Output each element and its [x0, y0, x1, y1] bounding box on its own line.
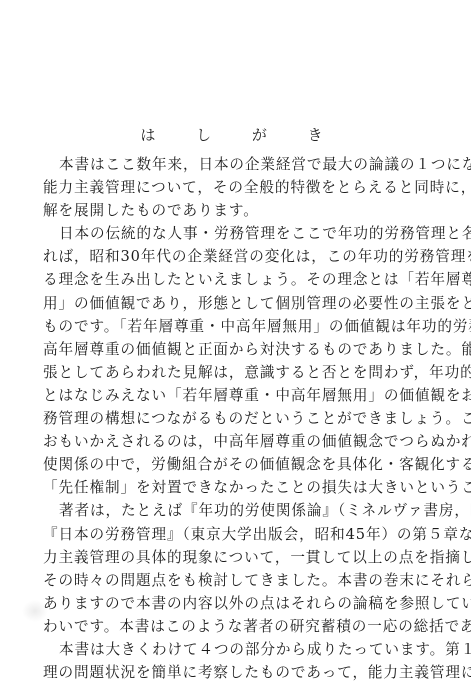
text-line: 使関係の中で，労働組合がその価値観念を具体化・客観化すること，たとえば	[43, 453, 413, 476]
text-line: 日本の伝統的な人事・労務管理をここで年功的労務管理と名づけておくとす	[43, 222, 413, 245]
text-line: 著者は，たとえば『年功的労使関係論』（ミネルヴァ書房，昭和43年）の第４章や	[43, 499, 413, 522]
page-title: は し が き	[0, 124, 471, 145]
text-line: 本書は大きくわけて４つの部分から成りたっています。第１部は能力主義管	[43, 638, 413, 661]
text-line: れば，昭和30年代の企業経営の変化は，この年功的労務管理を内在的に否定す	[43, 245, 413, 268]
text-line: 力主義管理の具体的現象について，一貫して以上の点を指摘してきましたし，	[43, 546, 413, 569]
text-line: おもいかえされるのは，中高年層尊重の価値観念でつらぬかれていた年功的労	[43, 430, 413, 453]
text-line: 『日本の労務管理』（東京大学出版会，昭和45年）の第５章などで，その時点での能	[43, 523, 413, 546]
text-line: ものです。「若年層尊重・中高年層無用」の価値観は年功的労務管理がもつ中	[43, 315, 413, 338]
text-line: 張としてあらわれた見解は，意識すると否とを問わず，年功的労務管理の理念	[43, 361, 413, 384]
text-line: ありますので本書の内容以外の点はそれらの論稿を参照していただければさい	[43, 592, 413, 615]
text-line: 理の問題状況を簡単に考察したものであって，能力主義管理に関する種々の見	[43, 661, 413, 684]
book-page: は し が き 本書はここ数年来，日本の企業経営で最大の論議の１つになりつづけて…	[0, 0, 471, 688]
text-line: る理念を生み出したといえましょう。その理念とは「若年層尊重・中高年層無	[43, 268, 413, 291]
text-line: 用」の価値観であり，形態として個別管理の必要性の主張をとってあらわれた	[43, 292, 413, 315]
text-line: わいです。本書はこのような著者の研究蓄積の一応の総括であります。	[43, 615, 413, 638]
text-line: 解を展開したものであります。	[43, 199, 413, 222]
preface-body: 本書はここ数年来，日本の企業経営で最大の論議の１つになりつづけている 能力主義管…	[43, 153, 413, 684]
text-line: 能力主義管理について，その全般的特徴をとらえると同時に，著者の積極的見	[43, 176, 413, 199]
text-line: その時々の問題点をも検討してきました。本書の巻末にそれらの論稿をあげて	[43, 569, 413, 592]
scan-smudge	[22, 600, 48, 622]
text-line: 本書はここ数年来，日本の企業経営で最大の論議の１つになりつづけている	[43, 153, 413, 176]
text-line: 務管理の構想につながるものだということができましょう。このことについて	[43, 407, 413, 430]
text-line: とはなじみえない「若年層尊重・中高年層無用」の価値観をおりこんだ人事労	[43, 384, 413, 407]
text-line: 「先任権制」を対置できなかったことの損失は大きいということであります。	[43, 476, 413, 499]
text-line: 高年層尊重の価値観と正面から対決するものでありました。能力主義管理の主	[43, 338, 413, 361]
